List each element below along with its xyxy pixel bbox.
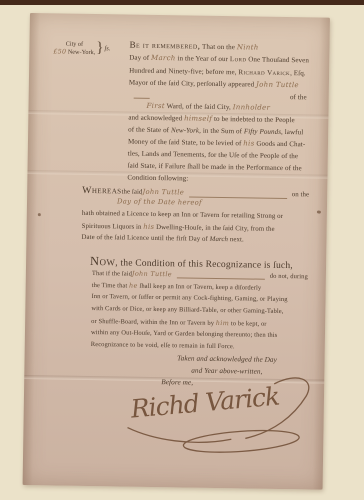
- now-line-7: within any Out-Houſe, Yard or Garden bel…: [91, 329, 277, 339]
- opening-text: Ward, of the ſaid City,: [165, 102, 233, 111]
- ss-abbreviation: ſs.: [104, 45, 110, 52]
- opening-line-9: Money of the ſaid State, to be levied of…: [128, 138, 305, 149]
- opening-line-1: Be it remembered, That on the Ninth: [129, 40, 258, 52]
- opening-text: Day of: [129, 54, 151, 62]
- now-text: do not, during: [270, 273, 308, 281]
- whereas-line-2: Day of the Date hereof: [117, 197, 202, 206]
- march-italic: March: [210, 235, 228, 242]
- whereas-text: next.: [228, 236, 244, 243]
- opening-text: Hundred and Ninety-five; before me,: [129, 66, 238, 76]
- whereas-text: Spirituous Liquors in: [82, 222, 144, 230]
- opening-text: , in the Sum of: [199, 127, 244, 136]
- whereas-text: Dwelling-Houſe, in the ſaid City, from t…: [154, 223, 274, 232]
- opening-text: Goods and Chat-: [254, 140, 305, 149]
- whereas-word: Whereas: [82, 185, 121, 197]
- jurisdiction-heading: City of £50 New-York, } ſs.: [53, 39, 110, 57]
- whereas-text: the ſaid: [121, 188, 142, 195]
- city-of-label: City of: [66, 41, 83, 48]
- now-text: or Shuffle-Board, within the Inn or Tave…: [91, 318, 216, 327]
- be-it-remembered: Be it remembered,: [129, 40, 200, 51]
- document-paper: City of £50 New-York, } ſs. Be it rememb…: [23, 13, 330, 490]
- opening-line-8: of the State of New-York, in the Sum of …: [128, 126, 303, 137]
- brace-glyph: }: [96, 40, 103, 57]
- opening-text: One Thouſand Seven: [246, 55, 309, 64]
- handwritten-his: his: [243, 139, 254, 147]
- opening-line-5: of the: [129, 91, 307, 102]
- now-text: the Time that: [92, 282, 129, 290]
- now-line-6: or Shuffle-Board, within the Inn or Tave…: [91, 317, 267, 328]
- opening-text: Money of the ſaid State, to be levied of: [128, 138, 243, 148]
- whereas-text: on the: [292, 191, 310, 198]
- lord-smallcaps: Lord: [230, 55, 247, 63]
- paper-blemish: [317, 211, 321, 214]
- photo-edge-strip: [0, 0, 364, 5]
- opening-text: , Eſq.: [290, 69, 306, 77]
- signature-name: Richd Varick: [129, 382, 281, 424]
- paper-left-edge-shading: [23, 13, 40, 485]
- handwritten-dash: [189, 195, 287, 200]
- ink-spot: [38, 213, 41, 216]
- handwritten-day: Ninth: [237, 43, 259, 51]
- opening-line-12: Condition following:: [127, 174, 188, 183]
- whereas-line-4: Spirituous Liquors in his Dwelling-Houſe…: [82, 221, 275, 232]
- handwritten-dash: [134, 96, 150, 99]
- now-text: ſhall keep an Inn or Tavern, keep a diſo…: [138, 283, 262, 292]
- handwritten-licensee-name: John Tuttle: [142, 188, 184, 197]
- whereas-line-5: Date of the ſaid Licence until the firſt…: [81, 233, 243, 243]
- photo-of-document: { "colors":{ "background":"#ebe2c9", "pa…: [0, 0, 364, 500]
- handwritten-himself: himself: [184, 114, 212, 122]
- handwritten-month: March: [151, 54, 176, 62]
- handwritten-him: him: [216, 319, 229, 327]
- opening-line-3: Hundred and Ninety-five; before me, Rich…: [129, 66, 306, 77]
- mayor-signature: Richd Varick: [123, 370, 324, 463]
- handwritten-dash: [177, 275, 265, 279]
- now-word: Now: [90, 254, 115, 268]
- jurisdiction-city: City of £50 New-York,: [53, 40, 95, 56]
- opening-text: to be indebted to the People: [212, 115, 295, 124]
- opening-text: of the State of: [128, 126, 171, 135]
- handwritten-his: his: [143, 222, 154, 230]
- handwritten-he: he: [129, 282, 138, 290]
- opening-text: in the Year of our: [176, 54, 230, 63]
- opening-text: of the: [290, 93, 307, 101]
- handwritten-occupation: Innholder: [233, 103, 271, 112]
- mayor-name-print: Richard Varick: [238, 68, 290, 77]
- now-line-4: Inn or Tavern, or ſuffer or permit any C…: [91, 293, 287, 303]
- handwritten-licensee-name: John Tuttle: [132, 270, 172, 279]
- handwritten-ward: First: [146, 102, 164, 110]
- opening-line-11: ſaid State, if Failure ſhall be made in …: [128, 162, 302, 173]
- now-text: That if the ſaid: [92, 270, 132, 278]
- opening-line-10: tles, Lands and Tenements, for the Uſe o…: [128, 150, 298, 161]
- new-york-italic: New-York: [171, 126, 199, 134]
- now-line-8: Recognizance to be void, elſe to remain …: [91, 341, 235, 350]
- opening-line-6: First Ward, of the ſaid City, Innholder: [146, 102, 270, 112]
- handwritten-date-phrase: Day of the Date hereof: [117, 197, 202, 206]
- opening-text: and acknowledged: [128, 114, 184, 123]
- whereas-text: Date of the ſaid Licence until the firſt…: [81, 233, 209, 242]
- opening-text: , lawful: [281, 128, 303, 136]
- now-text: to be kept, or: [229, 320, 267, 328]
- opening-line-7: and acknowledged himself to be indebted …: [128, 114, 295, 125]
- handwritten-amount: £50: [53, 48, 66, 55]
- new-york-label: New-York,: [68, 48, 95, 55]
- opening-line-2: Day of March in the Year of our Lord One…: [129, 54, 309, 65]
- opening-text: That on the: [200, 43, 237, 52]
- attestation-line-1: Taken and acknowledged the Day: [145, 354, 310, 365]
- fifty-pounds-italic: Fifty Pounds: [244, 127, 281, 136]
- opening-line-4: Mayor of the ſaid City, perſonally appea…: [129, 79, 299, 90]
- whereas-line-3: hath obtained a Licence to keep an Inn o…: [82, 209, 283, 219]
- now-line-5: with Cards or Dice, or keep any Billiard…: [91, 305, 283, 315]
- opening-text: Mayor of the ſaid City, perſonally appea…: [129, 79, 256, 89]
- handwritten-appearer-name: John Tuttle: [256, 81, 299, 90]
- now-line-3: the Time that he ſhall keep an Inn or Ta…: [92, 281, 262, 292]
